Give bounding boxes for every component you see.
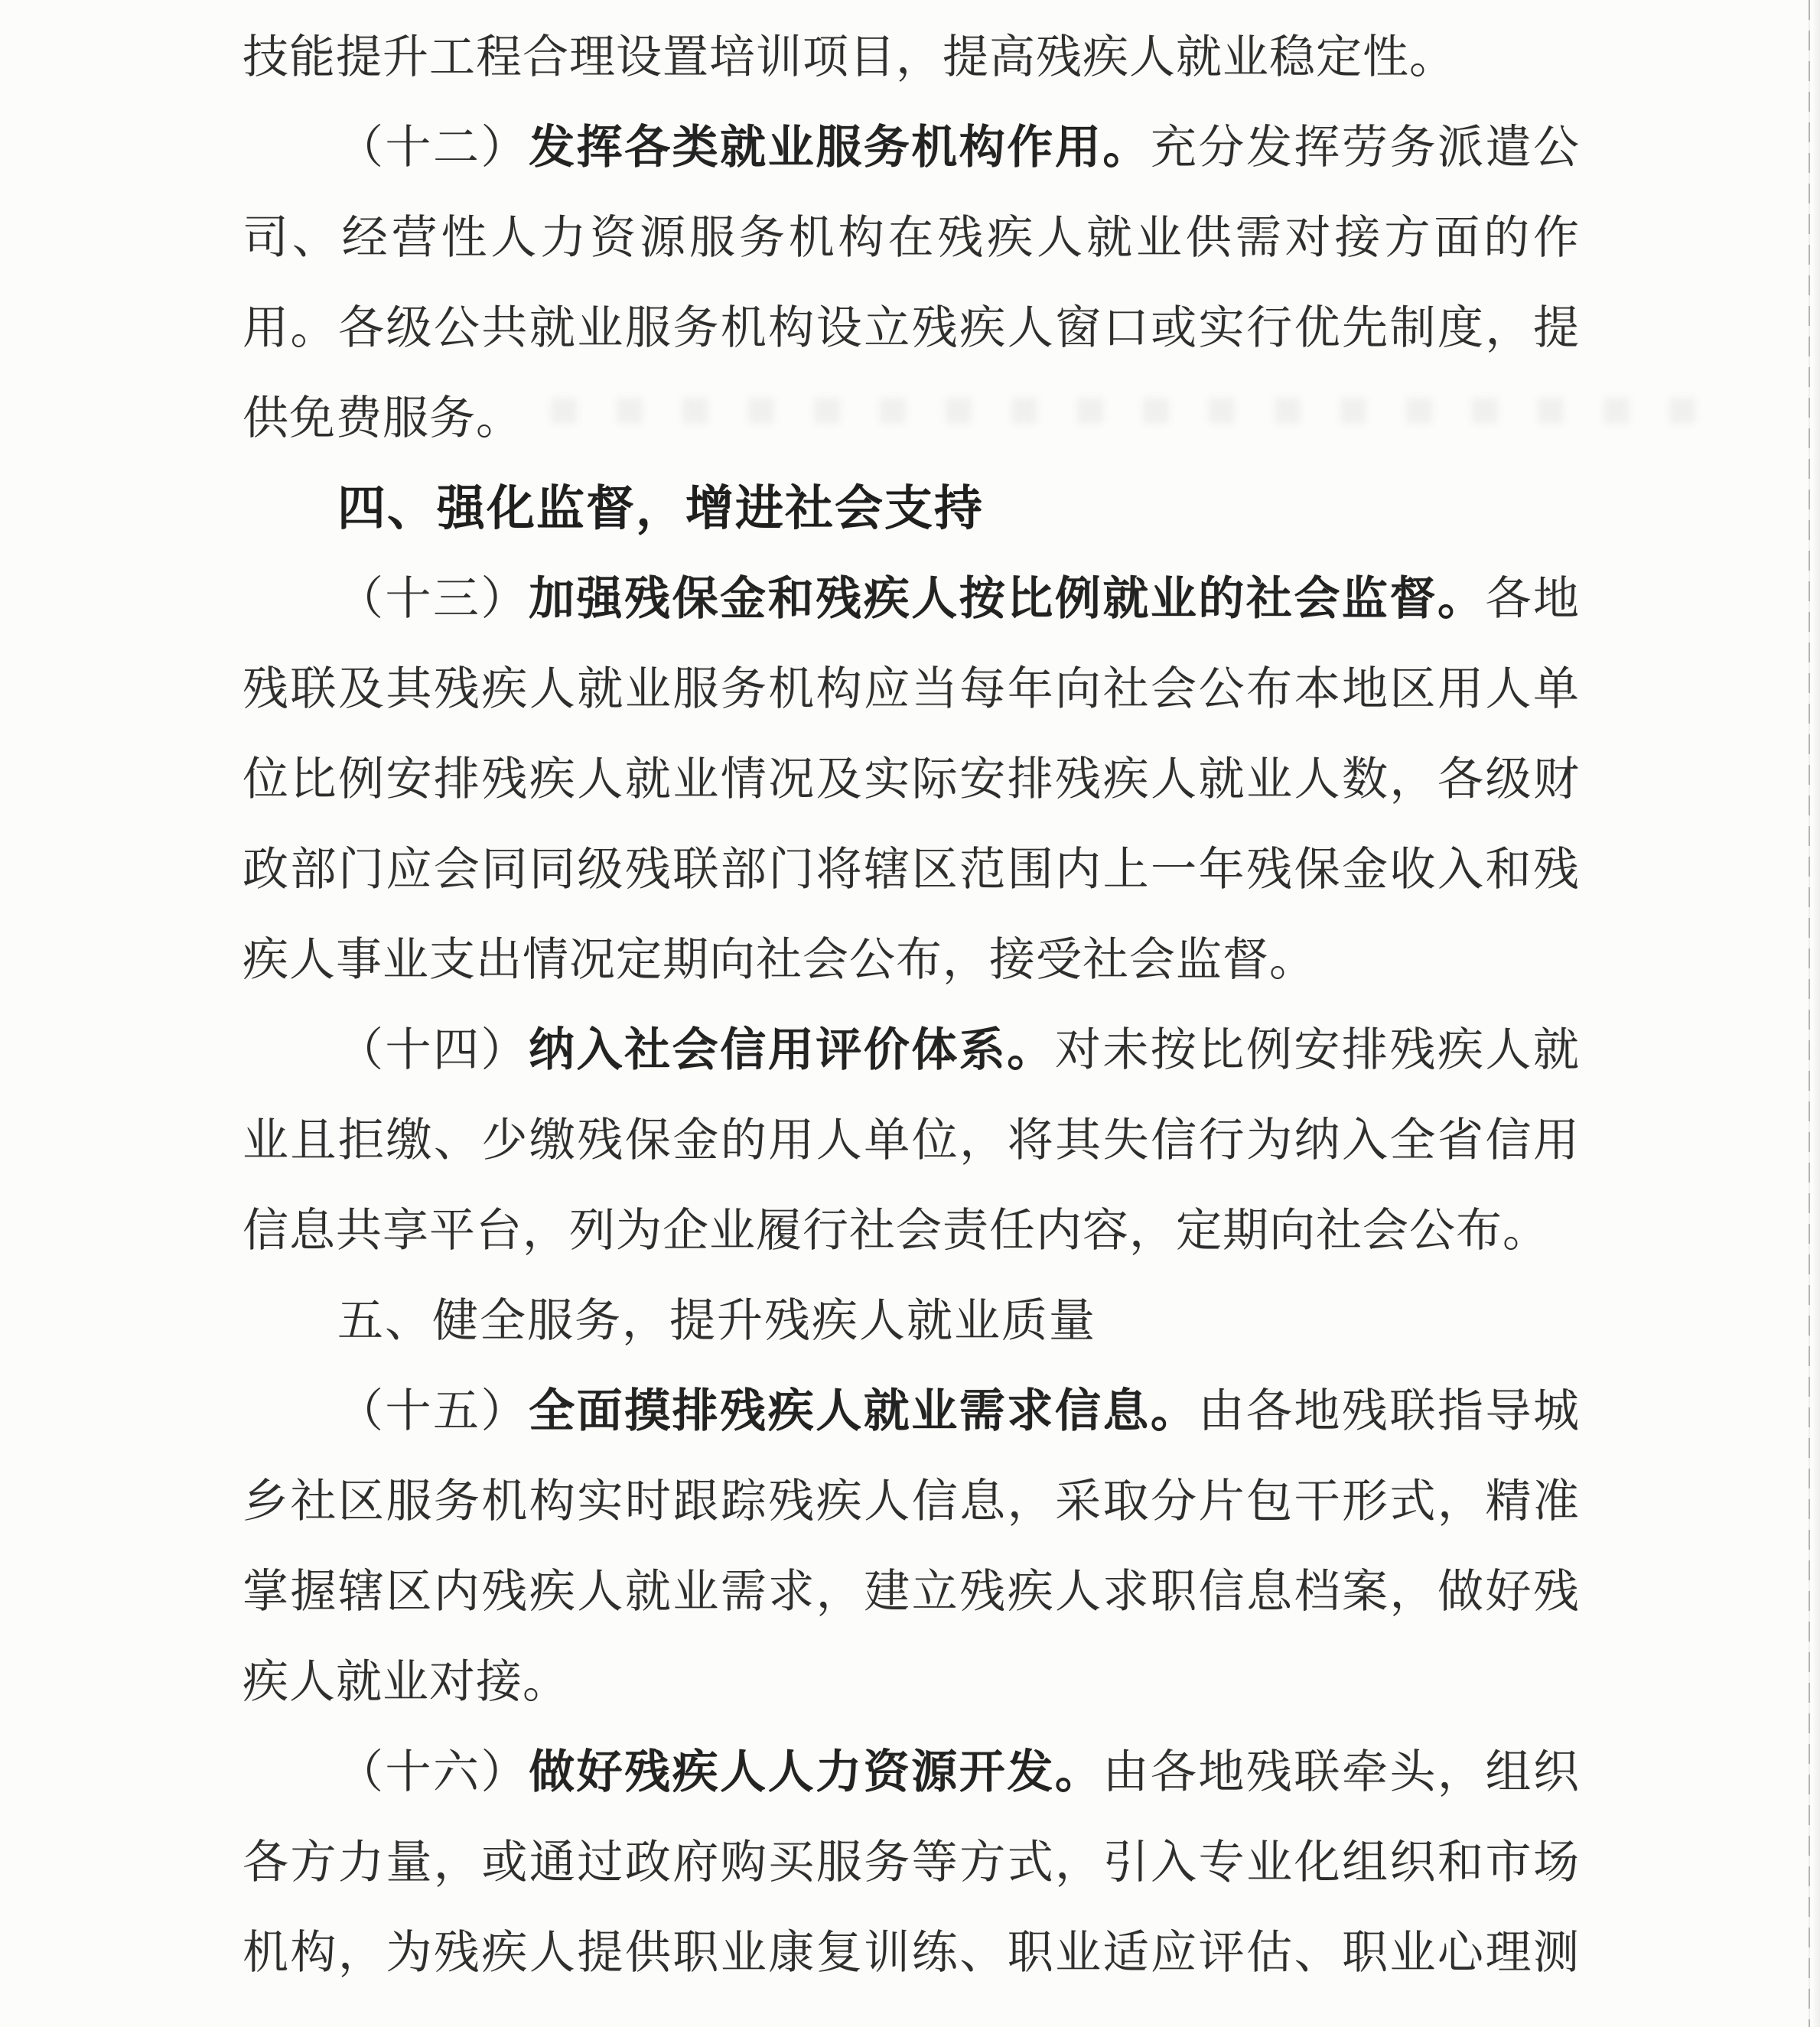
body-line: 乡社区服务机构实时跟踪残疾人信息，采取分片包干形式，精准 <box>243 1456 1580 1547</box>
body-line: 政部门应会同同级残联部门将辖区范围内上一年残保金收入和残 <box>243 825 1580 915</box>
item-14-line: （十四）纳入社会信用评价体系。对未按比例安排残疾人就 <box>243 1005 1580 1095</box>
item-13-line: （十三）加强残保金和残疾人按比例就业的社会监督。各地 <box>243 554 1580 644</box>
item-text: 对未按比例安排残疾人就 <box>1055 1023 1580 1077</box>
item-title: 发挥各类就业服务机构作用。 <box>529 121 1151 174</box>
body-line: 信息共享平台，列为企业履行社会责任内容，定期向社会公布。 <box>243 1186 1580 1276</box>
body-line: 供免费服务。 <box>243 373 1580 464</box>
item-number: （十四） <box>337 1023 529 1077</box>
body-line: 机构，为残疾人提供职业康复训练、职业适应评估、职业心理测 <box>243 1908 1580 1998</box>
body-line: 位比例安排残疾人就业情况及实际安排残疾人就业人数，各级财 <box>243 734 1580 825</box>
item-15-line: （十五）全面摸排残疾人就业需求信息。由各地残联指导城 <box>243 1366 1580 1456</box>
body-line: 技能提升工程合理设置培训项目，提高残疾人就业稳定性。 <box>243 12 1580 102</box>
body-line: 掌握辖区内残疾人就业需求，建立残疾人求职信息档案，做好残 <box>243 1547 1580 1637</box>
body-line: 疾人事业支出情况定期向社会公布，接受社会监督。 <box>243 915 1580 1005</box>
item-title: 纳入社会信用评价体系。 <box>529 1023 1055 1077</box>
item-text: 充分发挥劳务派遣公 <box>1151 121 1580 174</box>
item-title: 加强残保金和残疾人按比例就业的社会监督。 <box>529 572 1485 626</box>
body-line: 司、经营性人力资源服务机构在残疾人就业供需对接方面的作 <box>243 193 1580 283</box>
item-number: （十六） <box>337 1746 529 1799</box>
item-text: 由各地残联牵头，组织 <box>1102 1746 1580 1799</box>
scan-hairline-artifact <box>1809 0 1810 2027</box>
scanned-document-page: 技能提升工程合理设置培训项目，提高残疾人就业稳定性。 （十二）发挥各类就业服务机… <box>0 0 1820 2027</box>
item-16-line: （十六）做好残疾人人力资源开发。由各地残联牵头，组织 <box>243 1727 1580 1817</box>
document-text-block: 技能提升工程合理设置培训项目，提高残疾人就业稳定性。 （十二）发挥各类就业服务机… <box>243 12 1580 1998</box>
item-12-line: （十二）发挥各类就业服务机构作用。充分发挥劳务派遣公 <box>243 102 1580 193</box>
section-heading-5: 五、健全服务，提升残疾人就业质量 <box>243 1276 1580 1366</box>
body-line: 用。各级公共就业服务机构设立残疾人窗口或实行优先制度，提 <box>243 283 1580 373</box>
item-text: 各地 <box>1486 572 1581 626</box>
body-line: 业且拒缴、少缴残保金的用人单位，将其失信行为纳入全省信用 <box>243 1095 1580 1186</box>
item-number: （十二） <box>337 121 529 174</box>
body-line: 疾人就业对接。 <box>243 1637 1580 1727</box>
item-number: （十五） <box>337 1384 529 1438</box>
body-line: 各方力量，或通过政府购买服务等方式，引入专业化组织和市场 <box>243 1817 1580 1908</box>
section-heading-4: 四、强化监督，增进社会支持 <box>243 464 1580 554</box>
body-line: 残联及其残疾人就业服务机构应当每年向社会公布本地区用人单 <box>243 644 1580 734</box>
item-title: 全面摸排残疾人就业需求信息。 <box>529 1384 1198 1438</box>
item-number: （十三） <box>337 572 529 626</box>
item-text: 由各地残联指导城 <box>1198 1384 1580 1438</box>
page-edge-shadow <box>1812 0 1820 2027</box>
item-title: 做好残疾人人力资源开发。 <box>529 1746 1102 1799</box>
